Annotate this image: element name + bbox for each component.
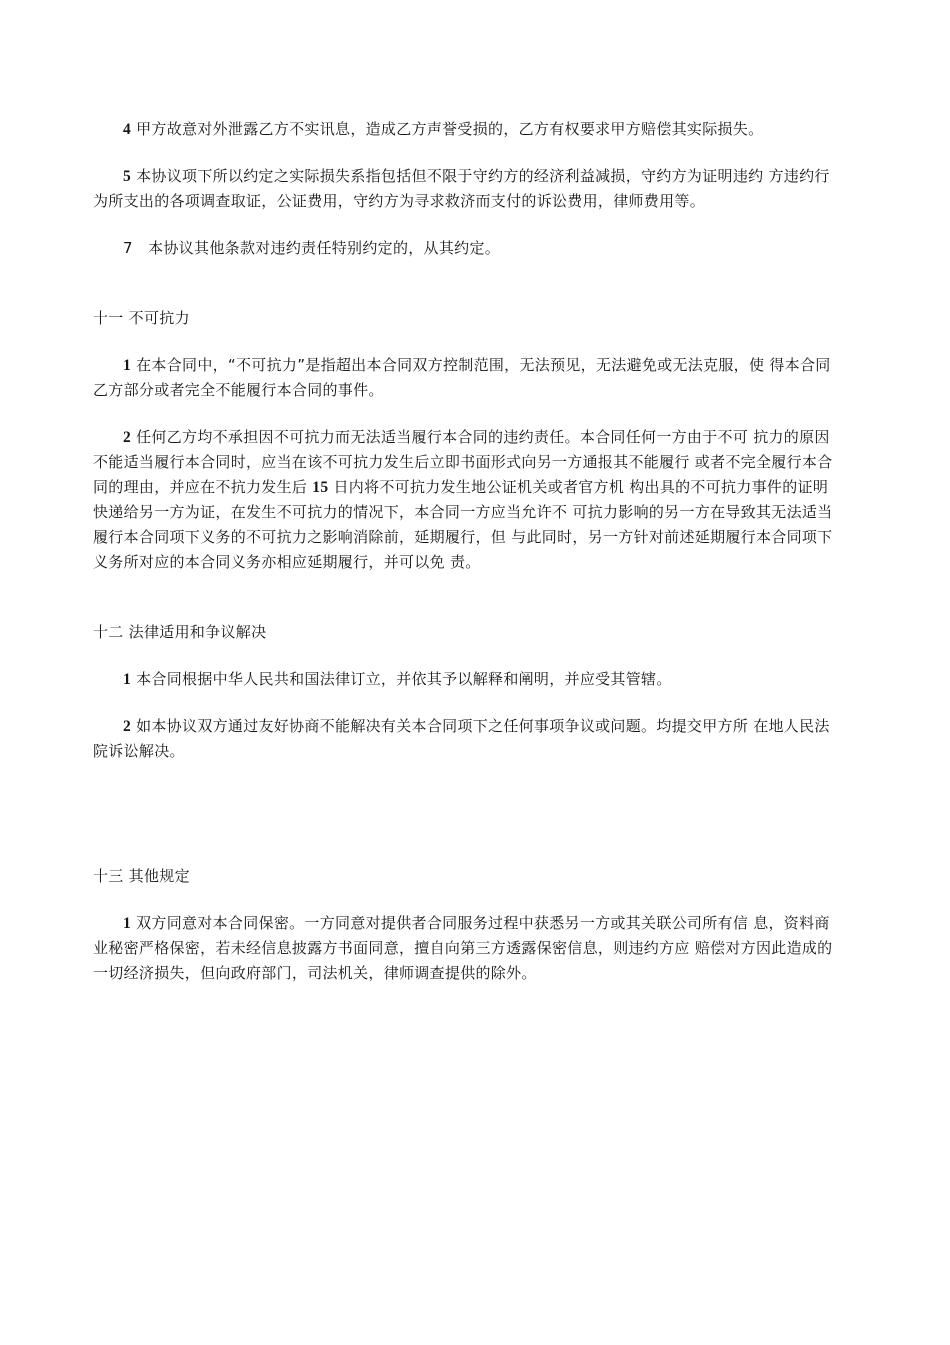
text-run: 十一 不可抗力 <box>93 309 190 327</box>
section-heading: 十二 法律适用和争议解决 <box>93 620 834 645</box>
clause-number: 1 <box>123 357 131 374</box>
section-heading: 十一 不可抗力 <box>93 306 834 331</box>
text-run: 本协议项下所以约定之实际损失系指包括但不限于守约方的经济利益减损，守约方为证明违… <box>93 167 830 210</box>
contract-paragraph: 2 如本协议双方通过友好协商不能解决有关本合同项下之任何事项争议或问题。均提交甲… <box>93 714 834 764</box>
contract-paragraph: 7 本协议其他条款对违约责任特别约定的，从其约定。 <box>93 236 834 261</box>
contract-paragraph: 2 任何乙方均不承担因不可抗力而无法适当履行本合同的违约责任。本合同任何一方由于… <box>93 425 834 575</box>
contract-paragraph: 5 本协议项下所以约定之实际损失系指包括但不限于守约方的经济利益减损，守约方为证… <box>93 164 834 214</box>
text-run: 本协议其他条款对违约责任特别约定的，从其约定。 <box>133 239 500 257</box>
contract-paragraph: 4 甲方故意对外泄露乙方不实讯息，造成乙方声誉受损的，乙方有权要求甲方赔偿其实际… <box>93 117 834 142</box>
clause-number: 1 <box>123 915 131 932</box>
contract-paragraph: 1 本合同根据中华人民共和国法律订立，并依其予以解释和阐明，并应受其管辖。 <box>93 667 834 692</box>
clause-number: 7 <box>123 239 133 257</box>
clause-number: 1 <box>123 671 131 688</box>
clause-number: 2 <box>123 718 131 735</box>
text-run: 本合同根据中华人民共和国法律订立，并依其予以解释和阐明，并应受其管辖。 <box>131 670 672 688</box>
clause-number: 4 <box>123 121 131 138</box>
text-run: 如本协议双方通过友好协商不能解决有关本合同项下之任何事项争议或问题。均提交甲方所… <box>93 717 830 760</box>
clause-number: 5 <box>123 168 131 185</box>
document-page: 4 甲方故意对外泄露乙方不实讯息，造成乙方声誉受损的，乙方有权要求甲方赔偿其实际… <box>0 0 950 1345</box>
text-run: 双方同意对本合同保密。一方同意对提供者合同服务过程中获悉另一方或其关联公司所有信… <box>93 914 832 982</box>
contract-paragraph: 1 双方同意对本合同保密。一方同意对提供者合同服务过程中获悉另一方或其关联公司所… <box>93 911 834 986</box>
document-content: 4 甲方故意对外泄露乙方不实讯息，造成乙方声誉受损的，乙方有权要求甲方赔偿其实际… <box>0 0 950 986</box>
clause-number: 2 <box>123 429 131 446</box>
section-heading: 十三 其他规定 <box>93 864 834 889</box>
text-run: 甲方故意对外泄露乙方不实讯息，造成乙方声誉受损的，乙方有权要求甲方赔偿其实际损失… <box>131 120 763 138</box>
contract-paragraph: 1 在本合同中，“不可抗力”是指超出本合同双方控制范围，无法预见，无法避免或无法… <box>93 353 834 403</box>
text-run: 在本合同中，“不可抗力”是指超出本合同双方控制范围，无法预见，无法避免或无法克服… <box>93 356 831 399</box>
clause-number: 15 <box>312 479 328 496</box>
text-run: 十二 法律适用和争议解决 <box>93 623 266 641</box>
text-run: 十三 其他规定 <box>93 867 190 885</box>
